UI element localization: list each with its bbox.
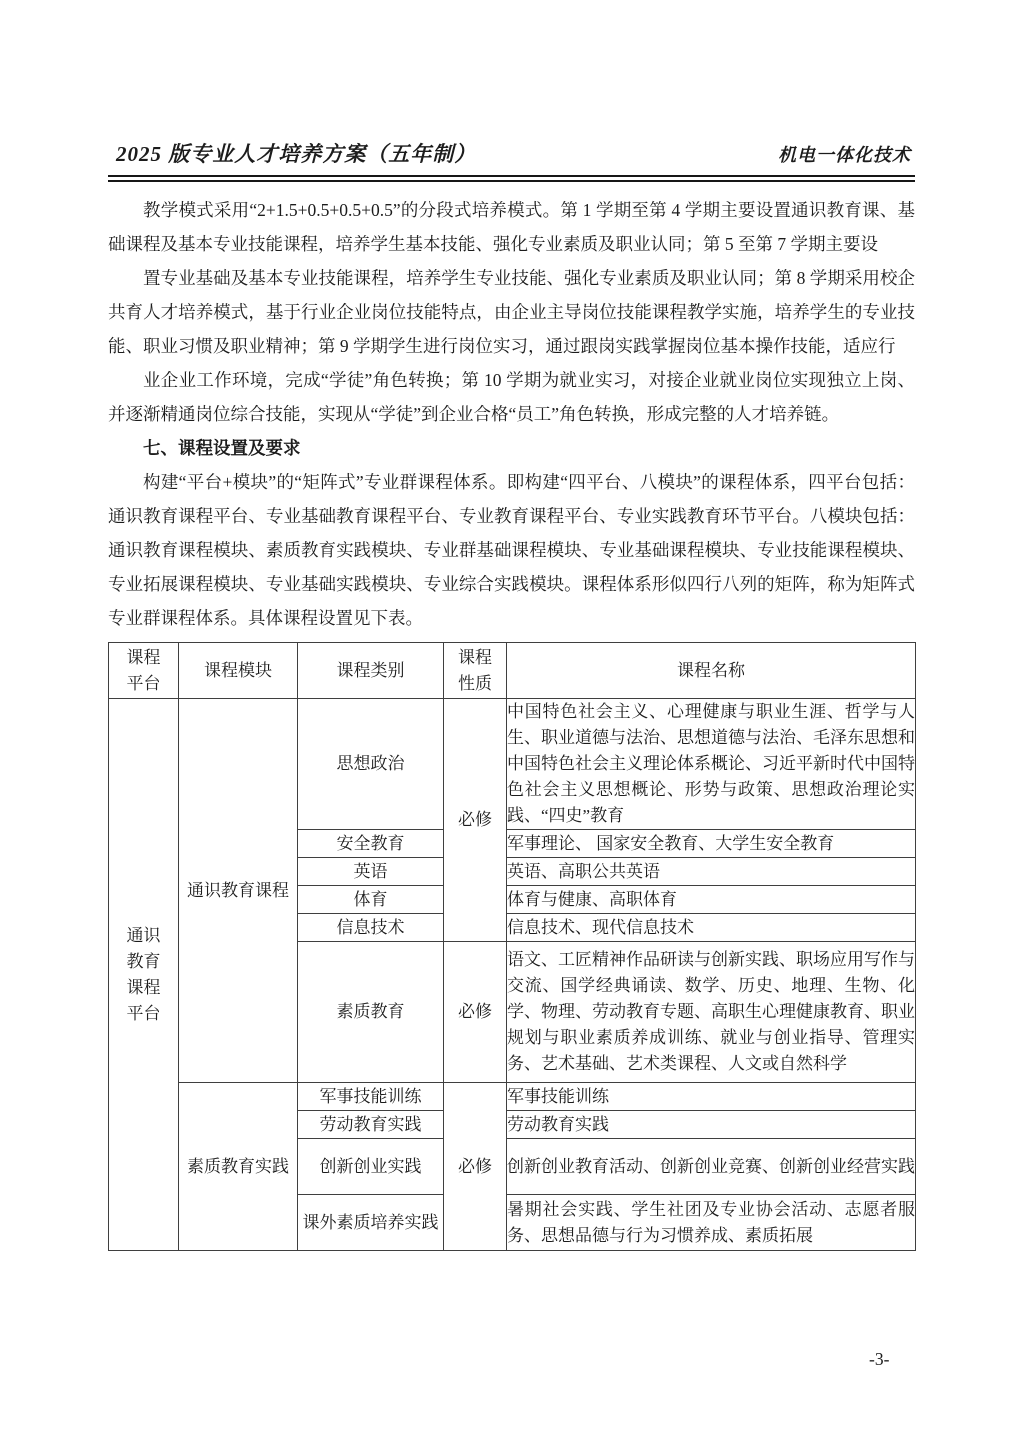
cell-category: 素质教育 [298,942,444,1083]
cell-courses: 信息技术、现代信息技术 [507,914,916,942]
cell-courses: 中国特色社会主义、心理健康与职业生涯、哲学与人生、职业道德与法治、思想道德与法治… [507,699,916,830]
cell-category: 军事技能训练 [298,1083,444,1111]
page-header: 2025 版专业人才培养方案（五年制） 机电一体化技术 [108,138,915,168]
cell-module-general: 通识教育课程 [179,699,298,1083]
cell-category: 信息技术 [298,914,444,942]
page-content: 2025 版专业人才培养方案（五年制） 机电一体化技术 教学模式采用“2+1.5… [108,138,915,1251]
cell-courses: 劳动教育实践 [507,1111,916,1139]
cell-category: 劳动教育实践 [298,1111,444,1139]
cell-category: 安全教育 [298,830,444,858]
cell-courses: 军事理论、 国家安全教育、大学生安全教育 [507,830,916,858]
curriculum-table: 课程 平台 课程模块 课程类别 课程 性质 课程名称 通识 教育 课程 平台 通… [108,642,916,1251]
cell-nature: 必修 [444,1083,507,1251]
column-header-category: 课程类别 [298,643,444,699]
column-header-module: 课程模块 [179,643,298,699]
cell-module-quality: 素质教育实践 [179,1083,298,1251]
cell-category: 课外素质培养实践 [298,1195,444,1251]
table-row: 素质教育实践 军事技能训练 必修 军事技能训练 [109,1083,916,1111]
header-document-title: 2025 版专业人才培养方案（五年制） [116,138,476,168]
table-row: 通识 教育 课程 平台 通识教育课程 思想政治 必修 中国特色社会主义、心理健康… [109,699,916,830]
cell-platform: 通识 教育 课程 平台 [109,699,179,1251]
paragraph-teaching-mode-2: 置专业基础及基本专业技能课程，培养学生专业技能、强化专业素质及职业认同；第 8 … [108,261,915,363]
paragraph-teaching-mode-3: 业企业工作环境，完成“学徒”角色转换；第 10 学期为就业实习，对接企业就业岗位… [108,363,915,431]
header-divider [108,175,915,182]
cell-courses: 语文、工匠精神作品研读与创新实践、职场应用写作与交流、国学经典诵读、数学、历史、… [507,942,916,1083]
column-header-platform: 课程 平台 [109,643,179,699]
cell-courses: 创新创业教育活动、创新创业竞赛、创新创业经营实践 [507,1139,916,1195]
page-number: -3- [869,1349,889,1370]
section-heading: 七、课程设置及要求 [108,431,915,465]
table-header-row: 课程 平台 课程模块 课程类别 课程 性质 课程名称 [109,643,916,699]
cell-nature: 必修 [444,942,507,1083]
column-header-course-name: 课程名称 [507,643,916,699]
document-page: 2025 版专业人才培养方案（五年制） 机电一体化技术 教学模式采用“2+1.5… [0,0,1024,1448]
header-major-name: 机电一体化技术 [778,141,911,167]
cell-courses: 英语、高职公共英语 [507,858,916,886]
cell-category: 英语 [298,858,444,886]
cell-courses: 暑期社会实践、学生社团及专业协会活动、志愿者服务、思想品德与行为习惯养成、素质拓… [507,1195,916,1251]
cell-nature: 必修 [444,699,507,942]
cell-courses: 军事技能训练 [507,1083,916,1111]
paragraph-teaching-mode-1: 教学模式采用“2+1.5+0.5+0.5+0.5”的分段式培养模式。第 1 学期… [108,193,915,261]
column-header-nature: 课程 性质 [444,643,507,699]
body-text: 教学模式采用“2+1.5+0.5+0.5+0.5”的分段式培养模式。第 1 学期… [108,193,915,1251]
cell-category: 体育 [298,886,444,914]
cell-category: 创新创业实践 [298,1139,444,1195]
cell-courses: 体育与健康、高职体育 [507,886,916,914]
cell-category: 思想政治 [298,699,444,830]
paragraph-curriculum-intro: 构建“平台+模块”的“矩阵式”专业群课程体系。即构建“四平台、八模块”的课程体系… [108,465,915,635]
